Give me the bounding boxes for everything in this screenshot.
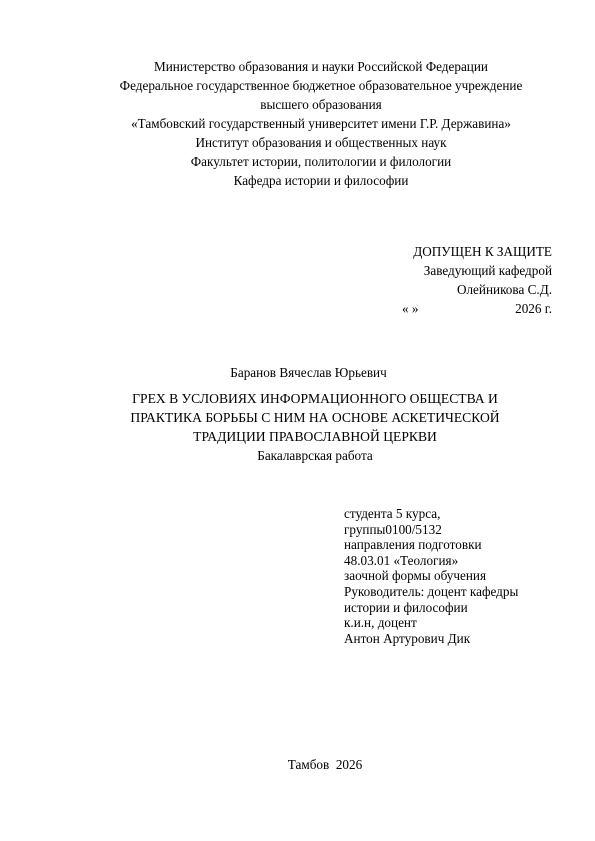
supervisor-degree: к.и.н, доцент [344, 615, 574, 631]
approval-date-year: 2026 г. [462, 299, 552, 318]
education-level-line: высшего образования [66, 95, 576, 114]
approver-name: Олейникова С.Д. [302, 280, 552, 299]
student-course: студента 5 курса, [344, 506, 574, 522]
study-direction-code: 48.03.01 «Теология» [344, 553, 574, 569]
faculty-line: Факультет истории, политологии и филолог… [66, 152, 576, 171]
approver-position: Заведующий кафедрой [302, 261, 552, 280]
institution-type-line: Федеральное государственное бюджетное об… [66, 76, 576, 95]
approval-block: ДОПУЩЕН К ЗАЩИТЕ Заведующий кафедрой Оле… [302, 242, 552, 318]
university-name-line: «Тамбовский государственный университет … [66, 114, 576, 133]
institute-line: Институт образования и общественных наук [66, 133, 576, 152]
supervisor-department: истории и философии [344, 600, 574, 616]
institution-header: Министерство образования и науки Российс… [66, 57, 576, 190]
department-line: Кафедра истории и философии [66, 171, 576, 190]
supervisor-label: Руководитель: доцент кафедры [344, 584, 574, 600]
ministry-line: Министерство образования и науки Российс… [66, 57, 576, 76]
city-year: Тамбов 2026 [0, 755, 595, 774]
approval-heading: ДОПУЩЕН К ЗАЩИТЕ [302, 242, 552, 261]
study-form: заочной формы обучения [344, 568, 574, 584]
student-info-block: студента 5 курса, группы0100/5132 направ… [344, 506, 574, 646]
approval-date-quotes: « » [402, 299, 462, 318]
author-name: Баранов Вячеслав Юрьевич [0, 363, 595, 382]
thesis-title-line-1: ГРЕХ В УСЛОВИЯХ ИНФОРМАЦИОННОГО ОБЩЕСТВА… [60, 389, 570, 408]
thesis-title-block: ГРЕХ В УСЛОВИЯХ ИНФОРМАЦИОННОГО ОБЩЕСТВА… [60, 389, 570, 465]
student-group: группы0100/5132 [344, 522, 574, 538]
approval-date: « » 2026 г. [302, 299, 552, 318]
document-page: Министерство образования и науки Российс… [0, 0, 595, 841]
thesis-title-line-2: ПРАКТИКА БОРЬБЫ С НИМ НА ОСНОВЕ АСКЕТИЧЕ… [60, 408, 570, 427]
study-direction-label: направления подготовки [344, 537, 574, 553]
thesis-title-line-3: ТРАДИЦИИ ПРАВОСЛАВНОЙ ЦЕРКВИ [60, 427, 570, 446]
work-type: Бакалаврская работа [60, 446, 570, 465]
supervisor-name: Антон Артурович Дик [344, 631, 574, 647]
